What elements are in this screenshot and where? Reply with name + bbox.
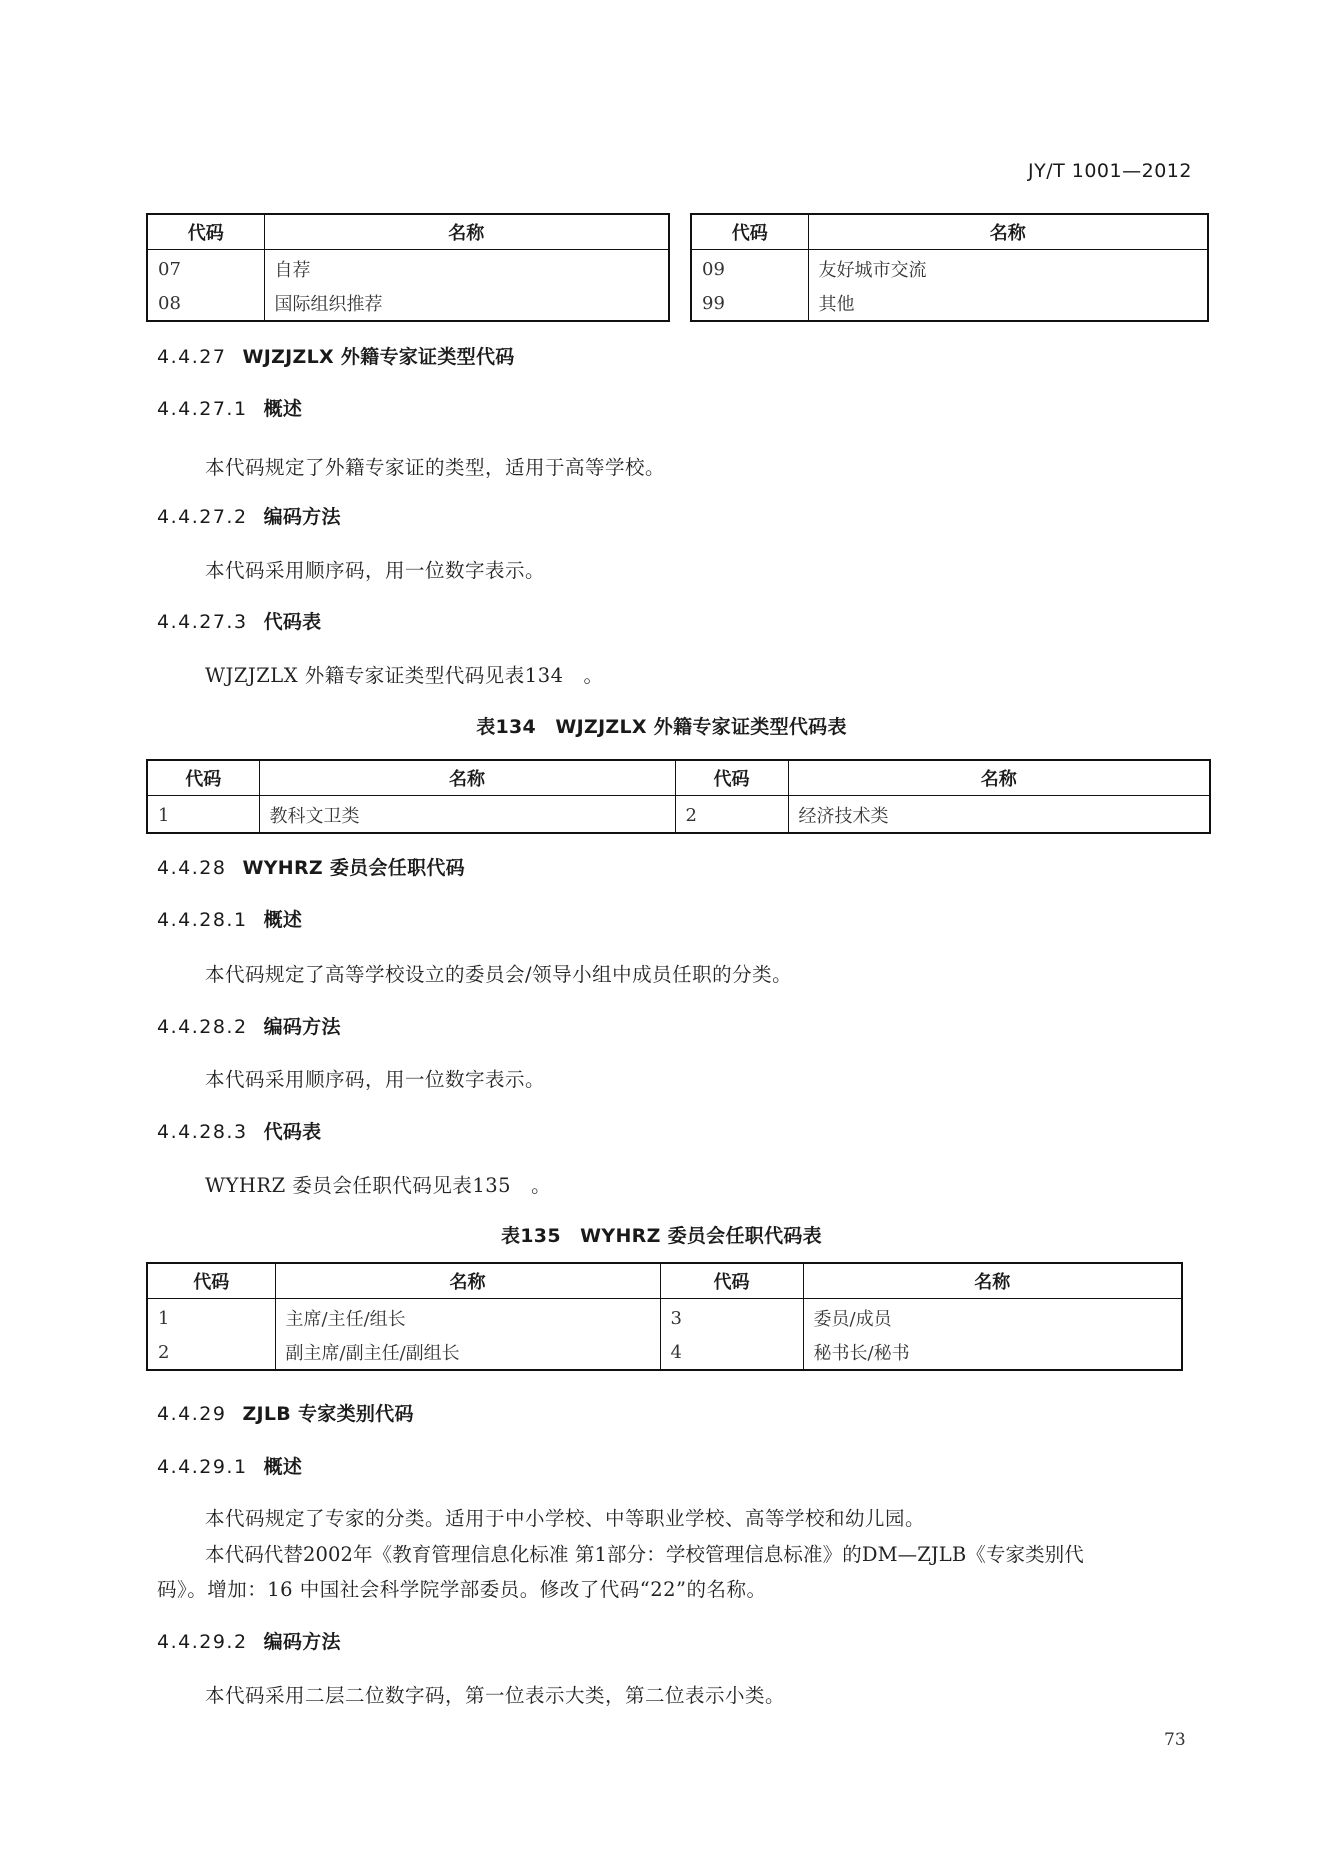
name-cell: 友好城市交流 [808,250,1208,287]
subsection-title: 代码表 [264,611,322,633]
continued-table-right: 代码 名称 09 友好城市交流 99 其他 [690,213,1209,322]
column-header-name: 名称 [788,760,1210,796]
subsection-number: 4.4.29.2 [157,1631,248,1653]
paragraph: 本代码代替2002年《教育管理信息化标准 第1部分：学校管理信息标准》的DM—Z… [205,1539,1084,1567]
subsection-heading-4-4-29-2: 4.4.29.2编码方法 [157,1627,341,1654]
continued-table-left: 代码 名称 07 自荐 08 国际组织推荐 [146,213,670,322]
paragraph-continuation: 码》。增加：16 中国社会科学院学部委员。修改了代码“22”的名称。 [157,1574,767,1602]
subsection-number: 4.4.28.1 [157,909,248,931]
name-cell: 主席/主任/组长 [275,1299,660,1336]
name-cell: 教科文卫类 [259,796,675,834]
name-cell: 其他 [808,286,1208,321]
name-cell: 国际组织推荐 [264,286,669,321]
code-cell: 2 [147,1335,275,1370]
table-caption-135: 表135 WYHRZ 委员会任职代码表 [0,1221,1323,1248]
table-row: 99 其他 [691,286,1208,321]
code-cell: 99 [691,286,808,321]
column-header-name: 名称 [803,1263,1182,1299]
paragraph: WYHRZ 委员会任职代码见表135 。 [205,1170,551,1198]
paragraph: 本代码规定了专家的分类。适用于中小学校、中等职业学校、高等学校和幼儿园。 [205,1503,925,1531]
table-caption-134: 表134 WJZJZLX 外籍专家证类型代码表 [0,712,1323,739]
paragraph: WJZJZLX 外籍专家证类型代码见表134 。 [205,660,604,688]
section-heading-4-4-29: 4.4.29ZJLB 专家类别代码 [157,1399,414,1426]
section-title: ZJLB 专家类别代码 [242,1403,413,1425]
subsection-heading-4-4-27-3: 4.4.27.3代码表 [157,607,321,634]
column-header-name: 名称 [808,214,1208,250]
standard-id-header: JY/T 1001—2012 [1028,160,1192,182]
subsection-heading-4-4-27-2: 4.4.27.2编码方法 [157,502,341,529]
name-cell: 委员/成员 [803,1299,1182,1336]
table-row: 2 副主席/副主任/副组长 4 秘书长/秘书 [147,1335,1182,1370]
code-cell: 4 [660,1335,803,1370]
table-row: 09 友好城市交流 [691,250,1208,287]
paragraph: 本代码采用二层二位数字码，第一位表示大类，第二位表示小类。 [205,1680,785,1708]
name-cell: 自荐 [264,250,669,287]
subsection-title: 概述 [264,909,303,931]
column-header-code: 代码 [147,1263,275,1299]
section-title: WYHRZ 委员会任职代码 [242,857,465,879]
subsection-number: 4.4.27.3 [157,611,248,633]
section-number: 4.4.27 [157,346,226,368]
subsection-heading-4-4-28-2: 4.4.28.2编码方法 [157,1012,341,1039]
name-cell: 秘书长/秘书 [803,1335,1182,1370]
subsection-number: 4.4.28.3 [157,1121,248,1143]
subsection-title: 编码方法 [264,1016,341,1038]
code-cell: 1 [147,1299,275,1336]
column-header-name: 名称 [264,214,669,250]
paragraph: 本代码规定了高等学校设立的委员会/领导小组中成员任职的分类。 [205,959,792,987]
column-header-code: 代码 [675,760,788,796]
subsection-heading-4-4-29-1: 4.4.29.1概述 [157,1452,302,1479]
page-number: 73 [1164,1730,1186,1750]
subsection-title: 代码表 [264,1121,322,1143]
paragraph: 本代码采用顺序码，用一位数字表示。 [205,555,545,583]
table-row: 1 主席/主任/组长 3 委员/成员 [147,1299,1182,1336]
subsection-title: 概述 [264,398,303,420]
subsection-number: 4.4.28.2 [157,1016,248,1038]
subsection-title: 编码方法 [264,1631,341,1653]
code-cell: 2 [675,796,788,834]
paragraph: 本代码规定了外籍专家证的类型，适用于高等学校。 [205,452,665,480]
table-row: 1 教科文卫类 2 经济技术类 [147,796,1210,834]
table-row: 07 自荐 [147,250,669,287]
column-header-name: 名称 [275,1263,660,1299]
subsection-heading-4-4-27-1: 4.4.27.1概述 [157,394,302,421]
column-header-code: 代码 [660,1263,803,1299]
code-cell: 07 [147,250,264,287]
subsection-title: 编码方法 [264,506,341,528]
code-cell: 08 [147,286,264,321]
section-heading-4-4-27: 4.4.27WJZJZLX 外籍专家证类型代码 [157,342,515,369]
table-135: 代码 名称 代码 名称 1 主席/主任/组长 3 委员/成员 2 副主席/副主任… [146,1262,1183,1371]
column-header-name: 名称 [259,760,675,796]
column-header-code: 代码 [147,760,259,796]
section-heading-4-4-28: 4.4.28WYHRZ 委员会任职代码 [157,853,465,880]
column-header-code: 代码 [691,214,808,250]
table-134: 代码 名称 代码 名称 1 教科文卫类 2 经济技术类 [146,759,1211,834]
code-cell: 09 [691,250,808,287]
subsection-number: 4.4.27.1 [157,398,248,420]
section-title: WJZJZLX 外籍专家证类型代码 [242,346,514,368]
section-number: 4.4.29 [157,1403,226,1425]
column-header-code: 代码 [147,214,264,250]
section-number: 4.4.28 [157,857,226,879]
name-cell: 经济技术类 [788,796,1210,834]
table-row: 08 国际组织推荐 [147,286,669,321]
code-cell: 1 [147,796,259,834]
subsection-title: 概述 [264,1456,303,1478]
subsection-number: 4.4.29.1 [157,1456,248,1478]
subsection-number: 4.4.27.2 [157,506,248,528]
name-cell: 副主席/副主任/副组长 [275,1335,660,1370]
paragraph: 本代码采用顺序码，用一位数字表示。 [205,1064,545,1092]
subsection-heading-4-4-28-1: 4.4.28.1概述 [157,905,302,932]
code-cell: 3 [660,1299,803,1336]
subsection-heading-4-4-28-3: 4.4.28.3代码表 [157,1117,321,1144]
